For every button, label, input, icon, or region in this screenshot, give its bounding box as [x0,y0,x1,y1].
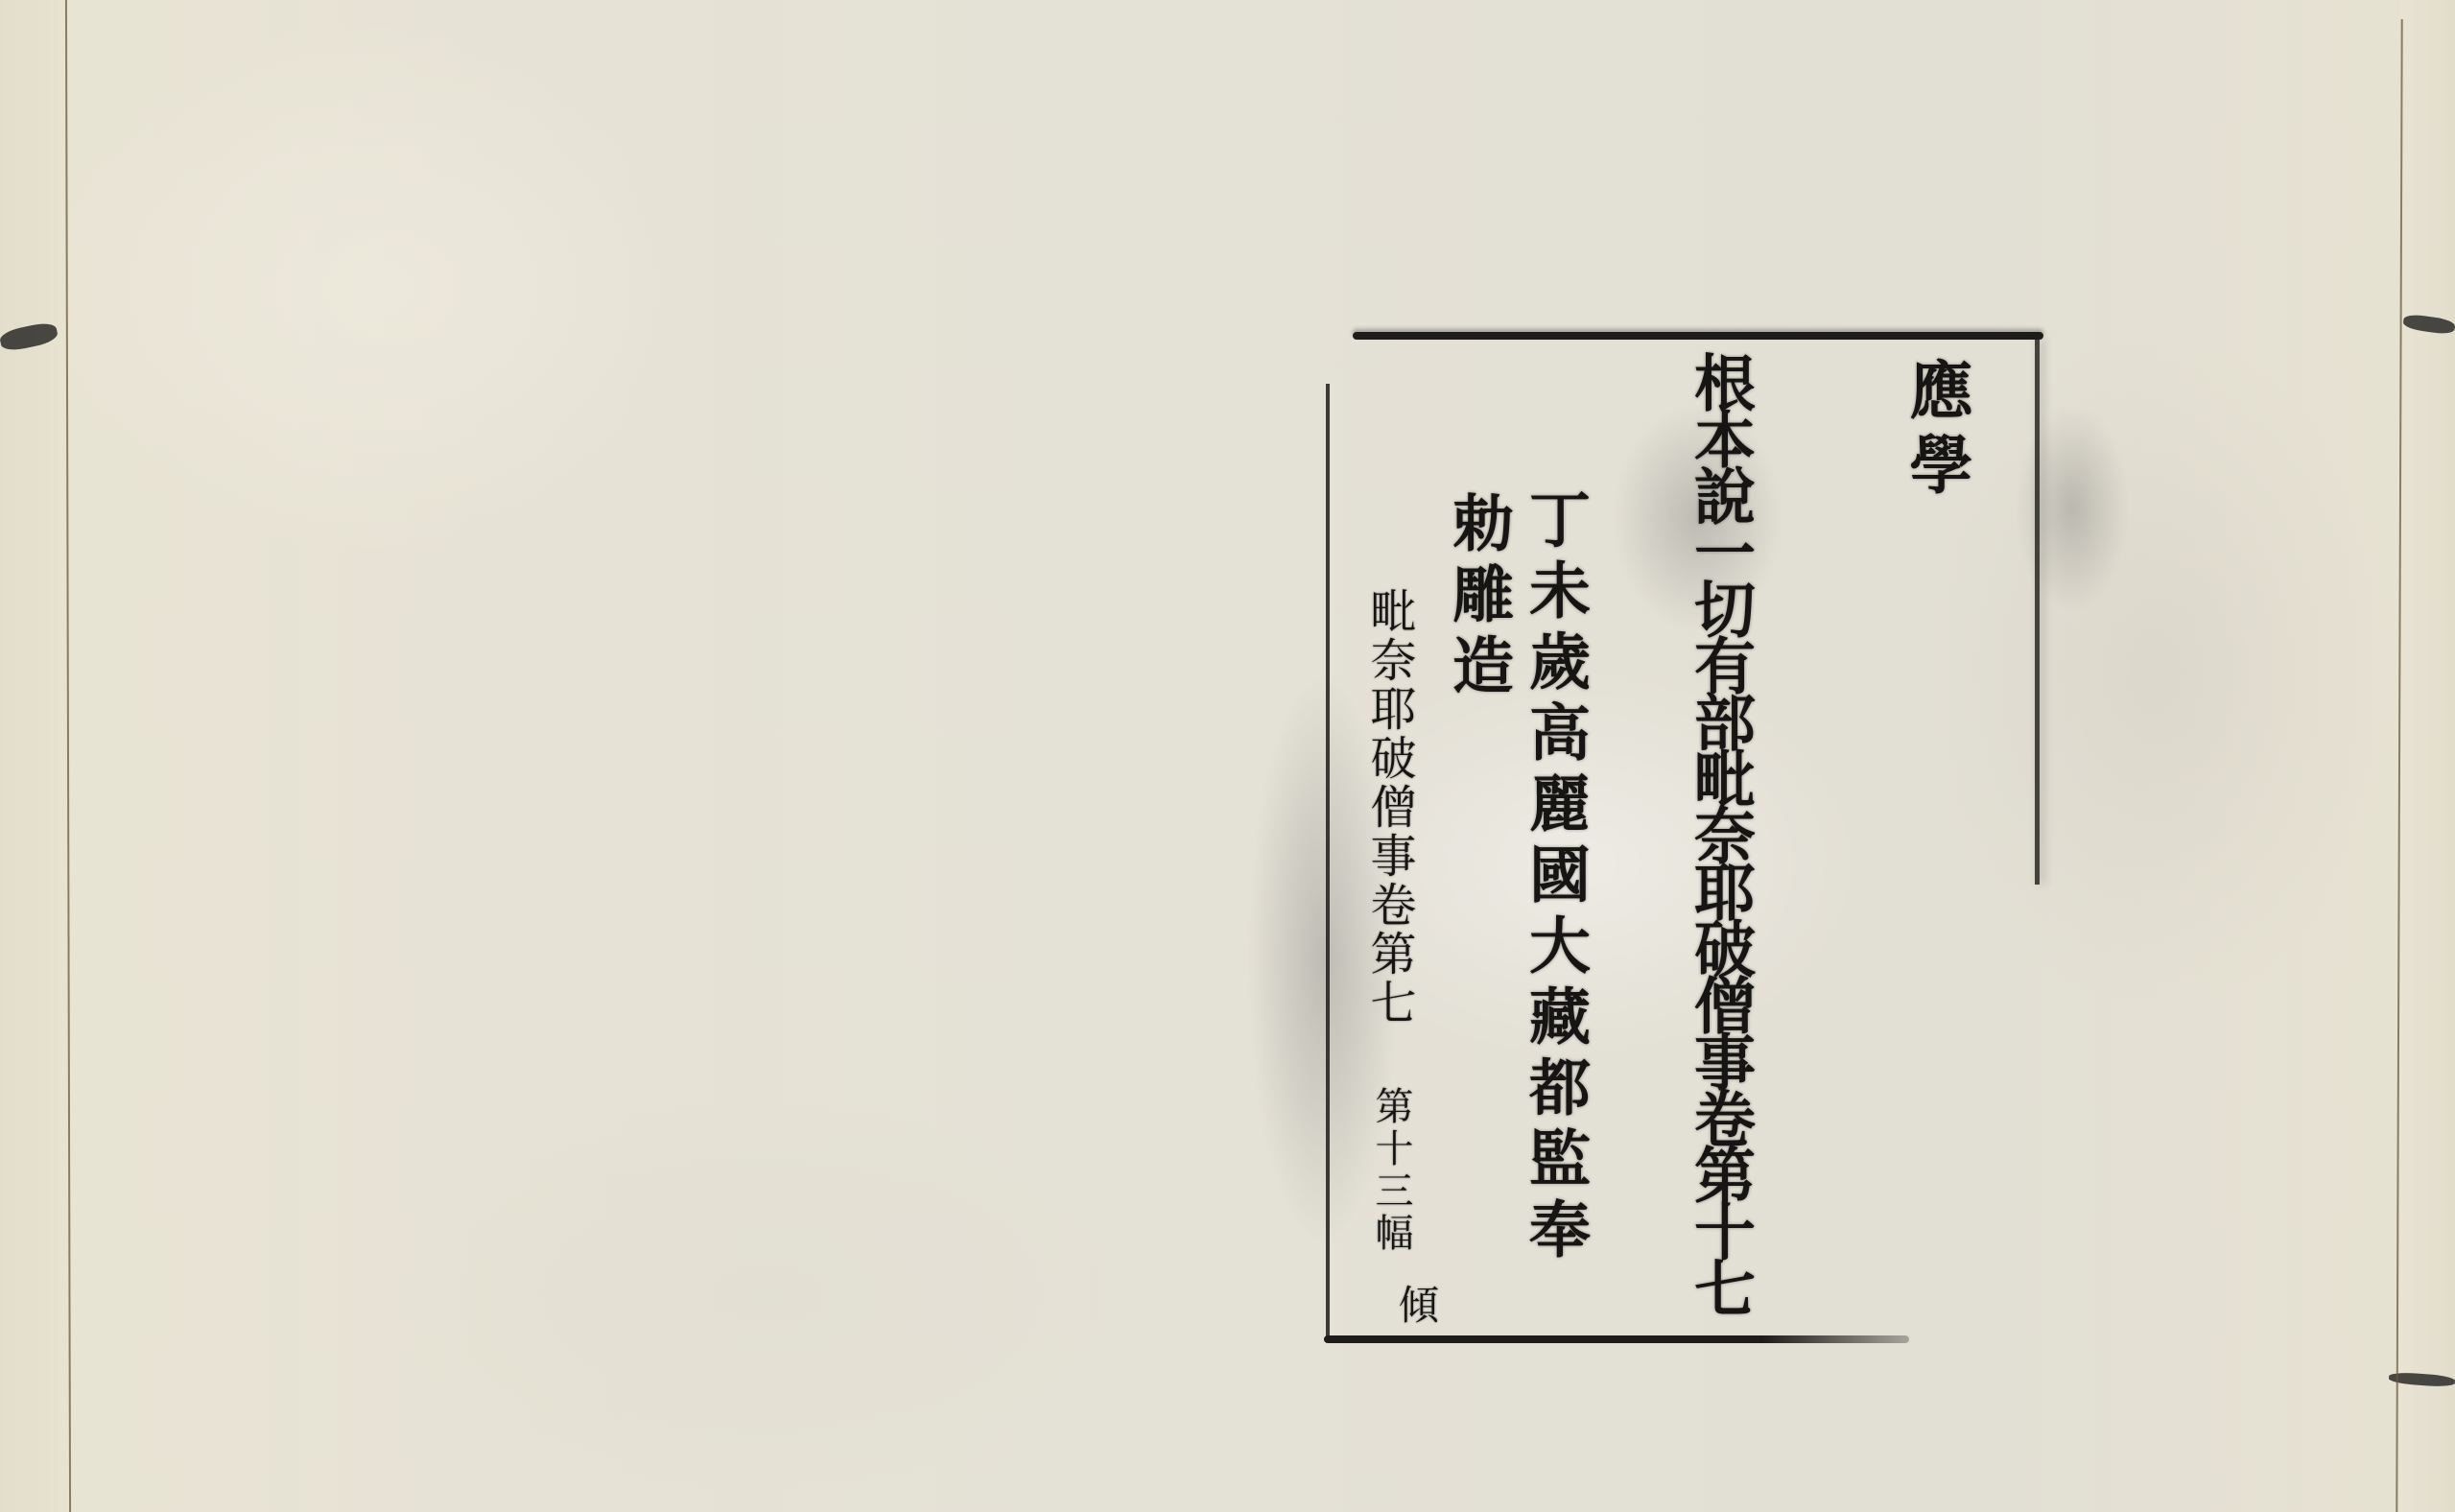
printed-frame-left-border [1326,384,1330,1341]
ink-smudge [2015,403,2130,614]
sutra-title-column: 根本說一切有部毗奈耶破僧事卷第十七 [1688,351,1750,1313]
printed-frame-bottom-border [1324,1335,1909,1343]
plate-number: 第十三幅 [1372,1086,1410,1255]
colophon-line-1: 丁未歲高麗國大藏都監奉 [1523,487,1585,1268]
carver-mark: 傾 [1396,1284,1436,1324]
printed-frame-top-border [1353,332,2043,340]
colophon-line-2: 勅雕造 [1447,491,1508,704]
paper-background [0,0,2455,1512]
printed-frame-right-border [2035,338,2040,885]
short-title-column: 毗奈耶破僧事卷第七 [1366,587,1412,1028]
heading-column: 應學 [1904,357,1968,507]
right-page-edge [2400,0,2455,1512]
left-page-edge [0,0,67,1512]
